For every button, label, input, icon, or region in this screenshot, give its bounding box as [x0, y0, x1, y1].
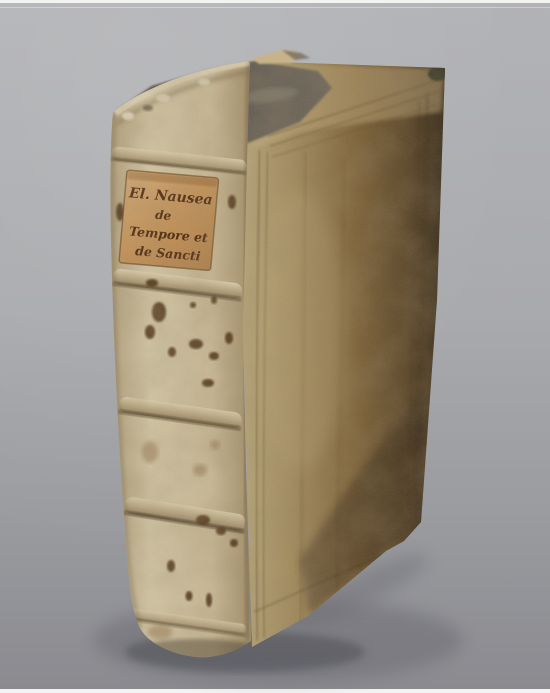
- frame-strip-bottom: [0, 689, 550, 693]
- photo-stage: El. Nausea de Tempore et de Sancti: [0, 0, 550, 693]
- book-photograph: El. Nausea de Tempore et de Sancti: [0, 0, 550, 693]
- frame-line-top: [0, 7, 550, 8]
- frame-strip-top: [0, 0, 550, 3]
